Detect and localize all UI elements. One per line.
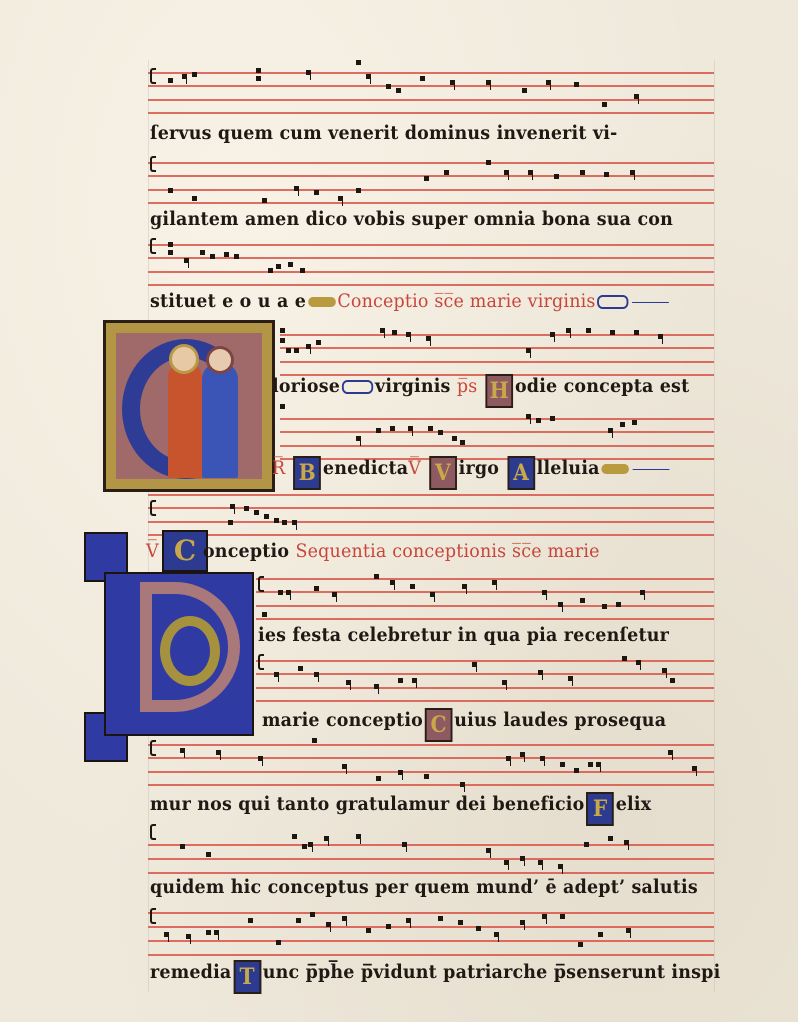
c-clef-icon — [258, 576, 264, 592]
text-line-2: gilantem amen dico vobis super omnia bon… — [150, 208, 673, 230]
text-line-10: quidem hic conceptus per quem mund’ ē ad… — [150, 876, 698, 898]
minor-initial-c2: C — [425, 708, 453, 742]
music-staff — [148, 244, 714, 288]
line-filler — [308, 297, 336, 307]
c-clef-icon — [150, 740, 156, 756]
c-clef-icon — [258, 654, 264, 670]
text-line-3: stituet e o u a eConceptio s̅c̅e marie v… — [150, 290, 669, 312]
c-clef-icon — [150, 68, 156, 84]
text-line-5: R̅ BenedictaV̅ Virgo Alleluia — [272, 456, 670, 490]
text-line-11: remediaTunc p̅ph̅e p̅vidunt patriarche p… — [150, 960, 720, 994]
decorated-initial-d — [84, 532, 252, 760]
line-filler — [602, 464, 630, 474]
minor-initial-v: V — [429, 456, 457, 490]
music-staff — [148, 72, 714, 116]
text-line-8: marie conceptioCuius laudes prosequa — [262, 708, 666, 742]
music-staff — [256, 578, 714, 622]
line-filler — [342, 380, 373, 394]
line-filler — [597, 295, 628, 309]
historiated-initial-g — [103, 320, 275, 492]
text-line-1: ſervus quem cum venerit dominus inveneri… — [150, 122, 617, 144]
music-staff — [148, 162, 714, 206]
minor-initial-b: B — [293, 456, 321, 490]
sequence-heading: Sequentia conceptionis s̅c̅e marie — [295, 540, 599, 562]
music-staff — [256, 660, 714, 704]
rubric-heading: Conceptio s̅c̅e marie virginis — [337, 290, 595, 312]
ruling-line-right — [714, 60, 715, 992]
c-clef-icon — [150, 156, 156, 172]
music-staff — [148, 830, 714, 874]
c-clef-icon — [150, 824, 156, 840]
c-clef-icon — [150, 908, 156, 924]
music-staff — [280, 334, 714, 378]
minor-initial-f: F — [586, 792, 614, 826]
manuscript-page: ſervus quem cum venerit dominus inveneri… — [0, 0, 798, 1022]
music-staff — [148, 912, 714, 956]
c-clef-icon — [150, 500, 156, 516]
c-clef-icon — [150, 238, 156, 254]
text-line-4: loriosevirginis p̅s Hodie concepta est — [272, 374, 689, 408]
minor-initial-a: A — [507, 456, 535, 490]
minor-initial-h: H — [486, 374, 514, 408]
minor-initial-t: T — [233, 960, 261, 994]
text-line-9: mur nos qui tanto gratulamur dei benefic… — [150, 792, 651, 826]
music-staff — [148, 744, 714, 788]
text-line-7: ies festa celebretur in qua pia recenſet… — [258, 624, 669, 646]
